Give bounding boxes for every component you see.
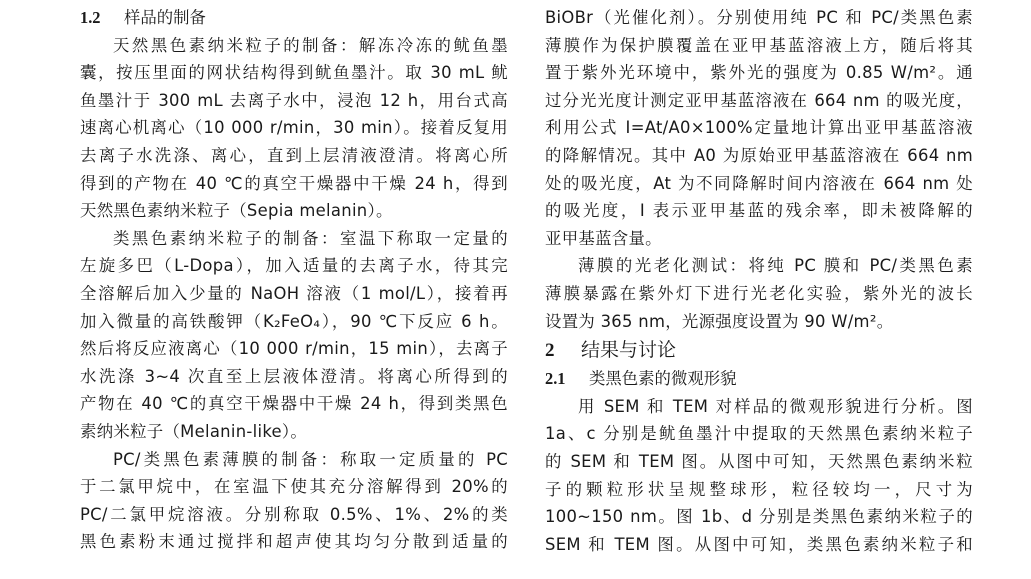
text-line: 囊，按压里面的网状结构得到鱿鱼墨汁。取 30 mL 鱿 xyxy=(80,59,508,87)
text-line: 黑色素粉末通过搅拌和超声使其均匀分散到适量的 xyxy=(80,528,508,556)
section-heading-1-2: 1.2样品的制备 xyxy=(80,4,508,32)
text-line: PC/二氯甲烷溶液。分别称取 0.5%、1%、2%的类 xyxy=(80,501,508,529)
text-line: PC/类黑色素薄膜的制备：称取一定质量的 PC xyxy=(80,446,508,474)
text-line: 类黑色素纳米粒子的制备：室温下称取一定量的 xyxy=(80,225,508,253)
text-line: 置于紫外光环境中，紫外光的强度为 0.85 W/m²。通 xyxy=(545,59,973,87)
text-line: 水洗涤 3~4 次直至上层液体澄清。将离心所得到的 xyxy=(80,363,508,391)
text-line: 设置为 365 nm，光源强度设置为 90 W/m²。 xyxy=(545,308,973,336)
text-line: SEM 和 TEM 图。从图中可知，类黑色素纳米粒子和 xyxy=(545,531,973,559)
section-heading-2: 2结果与讨论 xyxy=(545,335,973,365)
text-line: 的降解情况。其中 A0 为原始亚甲基蓝溶液在 664 nm xyxy=(545,142,973,170)
text-line: 素纳米粒子（Melanin-like）。 xyxy=(80,418,508,446)
text-line: 薄膜的光老化测试：将纯 PC 膜和 PC/类黑色素 xyxy=(545,252,973,280)
text-line: 鱼墨汁于 300 mL 去离子水中，浸泡 12 h，用台式高 xyxy=(80,87,508,115)
text-line: 加入微量的高铁酸钾（K₂FeO₄），90 ℃下反应 6 h。 xyxy=(80,308,508,336)
paragraph-pc-film: PC/类黑色素薄膜的制备：称取一定质量的 PC 于二氯甲烷中，在室温下使其充分溶… xyxy=(80,446,508,556)
paragraph-morphology: 用 SEM 和 TEM 对样品的微观形貌进行分析。图 1a、c 分别是鱿鱼墨汁中… xyxy=(545,393,973,559)
section-title: 样品的制备 xyxy=(124,8,206,27)
text-line: 于二氯甲烷中，在室温下使其充分溶解得到 20%的 xyxy=(80,473,508,501)
text-line: 利用公式 I=At/A0×100%定量地计算出亚甲基蓝溶液 xyxy=(545,114,973,142)
right-column: BiOBr（光催化剂）。分别使用纯 PC 和 PC/类黑色素 薄膜作为保护膜覆盖… xyxy=(545,4,973,558)
text-line: 天然黑色素纳米粒子的制备：解冻冷冻的鱿鱼墨 xyxy=(80,32,508,60)
text-line: 亚甲基蓝含量。 xyxy=(545,225,973,253)
text-line: 去离子水洗涤、离心，直到上层清液澄清。将离心所 xyxy=(80,142,508,170)
text-line: 全溶解后加入少量的 NaOH 溶液（1 mol/L），接着再 xyxy=(80,280,508,308)
section-title: 类黑色素的微观形貌 xyxy=(589,369,737,388)
text-line: 天然黑色素纳米粒子（Sepia melanin）。 xyxy=(80,197,508,225)
paragraph-natural-melanin: 天然黑色素纳米粒子的制备：解冻冷冻的鱿鱼墨 囊，按压里面的网状结构得到鱿鱼墨汁。… xyxy=(80,32,508,225)
text-line: 1a、c 分别是鱿鱼墨汁中提取的天然黑色素纳米粒子 xyxy=(545,420,973,448)
text-line: 产物在 40 ℃的真空干燥器中干燥 24 h，得到类黑色 xyxy=(80,390,508,418)
paragraph-aging-test: 薄膜的光老化测试：将纯 PC 膜和 PC/类黑色素 薄膜暴露在紫外灯下进行光老化… xyxy=(545,252,973,335)
left-column: 1.2样品的制备 天然黑色素纳米粒子的制备：解冻冷冻的鱿鱼墨 囊，按压里面的网状… xyxy=(80,4,508,556)
text-line: 过分光光度计测定亚甲基蓝溶液在 664 nm 的吸光度， xyxy=(545,87,973,115)
paragraph-melanin-like: 类黑色素纳米粒子的制备：室温下称取一定量的 左旋多巴（L-Dopa），加入适量的… xyxy=(80,225,508,446)
text-line: 速离心机离心（10 000 r/min，30 min）。接着反复用 xyxy=(80,114,508,142)
text-line: 用 SEM 和 TEM 对样品的微观形貌进行分析。图 xyxy=(545,393,973,421)
text-line: 得到的产物在 40 ℃的真空干燥器中干燥 24 h，得到 xyxy=(80,170,508,198)
section-heading-2-1: 2.1类黑色素的微观形貌 xyxy=(545,365,973,393)
text-line: 的吸光度，I 表示亚甲基蓝的残余率，即未被降解的 xyxy=(545,197,973,225)
section-number: 2.1 xyxy=(545,365,589,393)
text-line: 薄膜作为保护膜覆盖在亚甲基蓝溶液上方，随后将其 xyxy=(545,32,973,60)
text-line: 100~150 nm。图 1b、d 分别是类黑色素纳米粒子的 xyxy=(545,503,973,531)
text-line: 然后将反应液离心（10 000 r/min，15 min），去离子 xyxy=(80,335,508,363)
section-number: 2 xyxy=(545,336,581,366)
section-number: 1.2 xyxy=(80,4,124,32)
text-line: 子的颗粒形状呈规整球形，粒径较均一，尺寸为 xyxy=(545,476,973,504)
text-line: BiOBr（光催化剂）。分别使用纯 PC 和 PC/类黑色素 xyxy=(545,4,973,32)
text-line: 的 SEM 和 TEM 图。从图中可知，天然黑色素纳米粒 xyxy=(545,448,973,476)
text-line: 薄膜暴露在紫外灯下进行光老化实验，紫外光的波长 xyxy=(545,280,973,308)
text-line: 左旋多巴（L-Dopa），加入适量的去离子水，待其完 xyxy=(80,252,508,280)
section-title: 结果与讨论 xyxy=(581,339,676,361)
paragraph-photocatalysis: BiOBr（光催化剂）。分别使用纯 PC 和 PC/类黑色素 薄膜作为保护膜覆盖… xyxy=(545,4,973,252)
text-line: 处的吸光度，At 为不同降解时间内溶液在 664 nm 处 xyxy=(545,170,973,198)
